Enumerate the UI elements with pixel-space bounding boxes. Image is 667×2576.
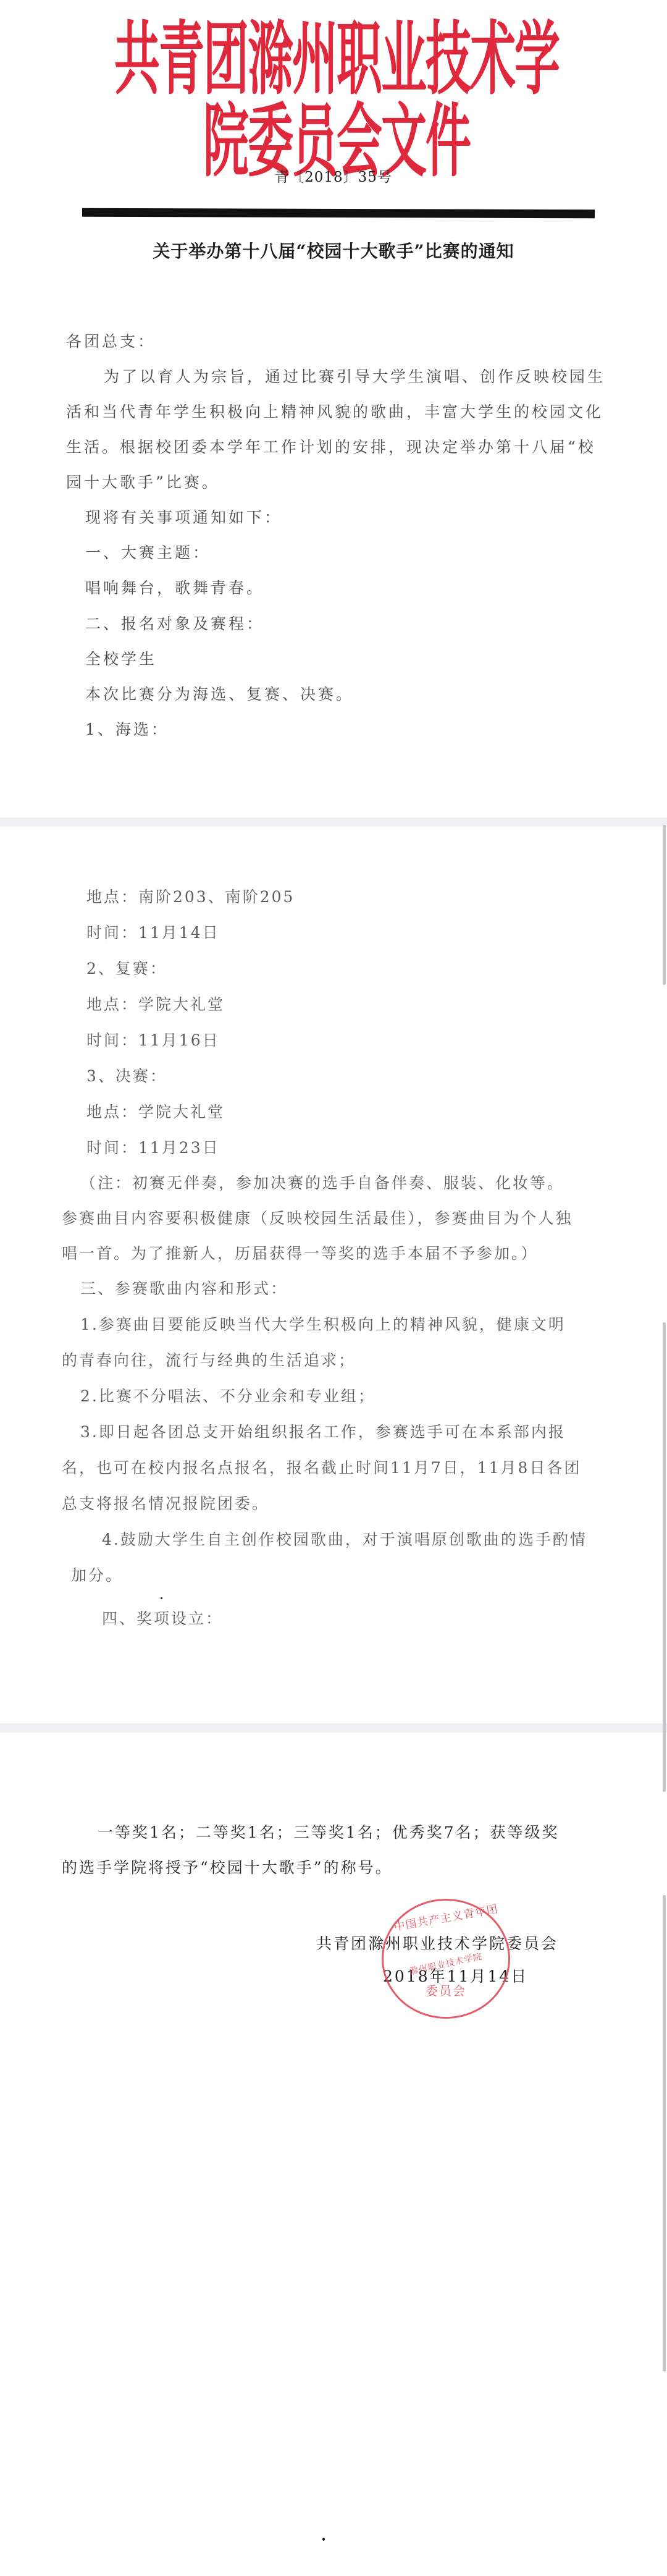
scan-speck	[322, 2538, 325, 2541]
section-heading-3: 三、参赛歌曲内容和形式：	[80, 1277, 288, 1299]
paragraph-line: 2.比赛不分唱法、不分业余和专业组；	[80, 1384, 375, 1406]
paragraph-line: 本次比赛分为海选、复赛、决赛。	[85, 682, 354, 704]
paragraph-line: 为了以育人为宗旨，通过比赛引导大学生演唱、创作反映校园生	[104, 365, 605, 387]
paragraph-line: 加分。	[71, 1563, 123, 1586]
paragraph-line: 参赛曲目内容要积极健康（反映校园生活最佳），参赛曲目为个人独	[62, 1206, 573, 1228]
paragraph-line: 生活。根据校团委本学年工作计划的安排，现决定举办第十八届“校	[66, 435, 596, 457]
paragraph-line: 1.参赛曲目要能反映当代大学生积极向上的精神风貌，健康文明	[80, 1312, 566, 1335]
subsection-heading: 1、海选：	[85, 717, 169, 740]
paragraph-line: 3.即日起各团总支开始组织报名工作，参赛选手可在本系部内报	[80, 1420, 566, 1442]
paragraph-line: 园十大歌手”比赛。	[66, 470, 220, 492]
document-title: 关于举办第十八届“校园十大歌手”比赛的通知	[0, 238, 667, 263]
paragraph-line: 唱响舞台，歌舞青春。	[85, 576, 264, 598]
seal-text-middle: 滁州职业技术学院	[384, 1945, 508, 1983]
paragraph-line: 现将有关事项通知如下：	[85, 505, 282, 528]
subsection-heading: 2、复赛：	[86, 956, 167, 979]
subsection-heading: 3、决赛：	[86, 1064, 167, 1086]
scrollbar-thumb[interactable]	[663, 1895, 666, 2371]
paragraph-line: 4.鼓励大学生自主创作校园歌曲，对于演唱原创歌曲的选手酌情	[102, 1527, 587, 1550]
paragraph-line: 唱一首。为了推新人，历届获得一等奖的选手本届不予参加。）	[62, 1241, 539, 1264]
header-rule	[82, 208, 595, 219]
scrollbar-thumb[interactable]	[663, 1322, 666, 1792]
page-divider	[0, 817, 667, 827]
paragraph-line: 的选手学院将授予“校园十大歌手”的称号。	[62, 1856, 393, 1878]
section-heading-2: 二、报名对象及赛程：	[85, 612, 264, 634]
document-number: 青〔2018〕35号	[0, 166, 667, 186]
paragraph-line: 地点：南阶203、南阶205	[86, 885, 295, 907]
scan-speck	[161, 1597, 162, 1599]
paragraph-line: 活和当代青年学生积极向上精神风貌的歌曲，丰富大学生的校园文化	[66, 400, 603, 422]
section-heading-1: 一、大赛主题：	[85, 541, 211, 563]
paragraph-line: 时间：11月16日	[86, 1028, 220, 1050]
paragraph-line: （注：初赛无伴奏，参加决赛的选手自备伴奏、服装、化妆等。	[80, 1171, 564, 1193]
page-divider	[0, 1723, 667, 1733]
section-heading-4: 四、奖项设立：	[102, 1607, 223, 1629]
paragraph-line: 总支将报名情况报院团委。	[62, 1492, 269, 1514]
seal-text-bottom: 委员会	[384, 1981, 508, 1999]
paragraph-line: 地点：学院大礼堂	[86, 992, 225, 1015]
scrollbar-thumb[interactable]	[663, 825, 666, 985]
document-page-2: 地点：南阶203、南阶205 时间：11月14日 2、复赛： 地点：学院大礼堂 …	[0, 827, 667, 1723]
paragraph-line: 一等奖1名；二等奖1名；三等奖1名；优秀奖7名；获等级奖	[98, 1820, 560, 1843]
paragraph-line: 的青春向往，流行与经典的生活追求；	[62, 1348, 356, 1370]
official-seal: 中国共产主义青年团 滁州职业技术学院 委员会	[382, 1899, 510, 2019]
document-page-3: 一等奖1名；二等奖1名；三等奖1名；优秀奖7名；获等级奖 的选手学院将授予“校园…	[0, 1733, 667, 2576]
paragraph-line: 时间：11月23日	[86, 1136, 220, 1158]
document-page-1: 共青团滁州职业技术学院委员会文件 青〔2018〕35号 关于举办第十八届“校园十…	[0, 0, 667, 817]
document-header: 共青团滁州职业技术学院委员会文件	[93, 19, 581, 183]
paragraph-line: 名，也可在校内报名点报名，报名截止时间11月7日，11月8日各团	[62, 1456, 581, 1478]
paragraph-line: 地点：学院大礼堂	[86, 1100, 225, 1122]
salutation: 各团总支：	[66, 329, 156, 352]
paragraph-line: 时间：11月14日	[86, 921, 220, 943]
paragraph-line: 全校学生	[85, 647, 157, 669]
